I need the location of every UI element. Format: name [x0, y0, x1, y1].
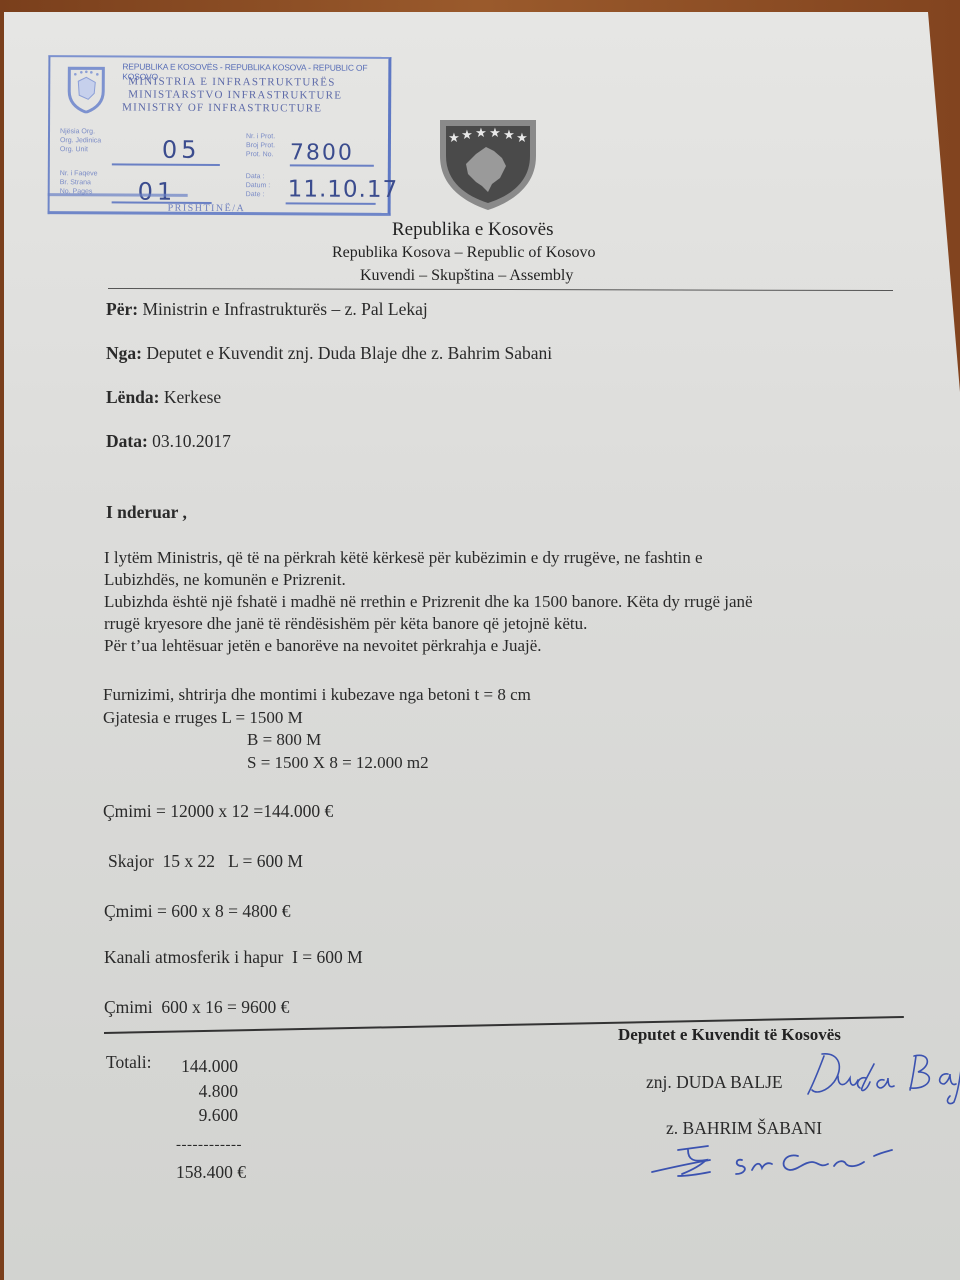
calc-line: B = 800 M	[103, 729, 531, 752]
pages-label-sq: Nr. i Faqeve	[60, 169, 98, 178]
svg-text:★: ★	[516, 131, 528, 146]
stamp-ministry-sr: MINISTARSTVO INFRASTRUKTURE	[128, 89, 342, 102]
totals-sum: 158.400 €	[176, 1164, 246, 1182]
svg-text:★: ★	[503, 128, 515, 143]
letterhead-title: Republika e Kosovës	[392, 220, 553, 239]
date-value: 03.10.2017	[152, 431, 231, 451]
skajor-line: Skajor 15 x 22 L = 600 M	[108, 853, 303, 871]
kosovo-coat-of-arms-icon: ★★★ ★★★	[436, 116, 540, 212]
paragraph-line: Lubizhda është një fshatë i madhë në rre…	[104, 591, 753, 613]
org-unit-label-en: Org. Unit	[60, 145, 101, 154]
total-item: 9.600	[170, 1103, 238, 1128]
date-label-sq: Data :	[246, 172, 271, 181]
org-unit-labels: Njësia Org. Org. Jedinica Org. Unit	[60, 127, 101, 154]
signer-1-name: znj. DUDA BALJE	[646, 1074, 783, 1092]
meta-subject: Lënda: Kerkese	[106, 389, 221, 407]
svg-text:★: ★	[448, 131, 460, 146]
meta-from: Nga: Deputet e Kuvendit znj. Duda Blaje …	[106, 345, 552, 363]
price-kanali: Çmimi 600 x 16 = 9600 €	[104, 999, 289, 1017]
paragraph-line: Lubizhdës, ne komunën e Prizrenit.	[104, 569, 753, 591]
org-unit-value: 05	[162, 136, 201, 164]
prot-labels: Nr. i Prot. Broj Prot. Prot. No.	[246, 132, 275, 159]
date-label-sr: Datum :	[246, 181, 271, 190]
svg-text:★: ★	[461, 128, 473, 143]
header-rule	[108, 288, 893, 291]
totals-separator: ------------	[176, 1138, 242, 1153]
signer-2-name: z. BAHRIM ŠABANI	[666, 1120, 822, 1138]
date-label: Data:	[106, 431, 148, 451]
subject-label: Lënda:	[106, 387, 159, 407]
stamp-shield-icon	[66, 65, 106, 113]
svg-text:★: ★	[489, 126, 501, 141]
letterhead-subtitle: Republika Kosova – Republic of Kosovo	[332, 245, 596, 261]
body-paragraph: I lytëm Ministris, që të na përkrah këtë…	[104, 547, 753, 657]
from-value: Deputet e Kuvendit znj. Duda Blaje dhe z…	[146, 343, 552, 363]
date-labels: Data : Datum : Date :	[246, 172, 271, 199]
signature-duda-balje	[804, 1042, 960, 1108]
letterhead-institution: Kuvendi – Skupština – Assembly	[360, 268, 573, 284]
org-unit-label-sr: Org. Jedinica	[60, 136, 101, 145]
prot-number-value: 7800	[290, 140, 354, 165]
date-label-en: Date :	[246, 190, 271, 199]
org-unit-underline	[112, 163, 220, 166]
subject-value: Kerkese	[164, 387, 221, 407]
meta-to: Për: Ministrin e Infrastrukturës – z. Pa…	[106, 301, 428, 319]
paragraph-line: Për t’ua lehtësuar jetën e banorëve na n…	[104, 635, 753, 657]
pages-label-sr: Br. Strana	[60, 178, 98, 187]
salutation: I nderuar ,	[106, 504, 187, 522]
paragraph-line: I lytëm Ministris, që të na përkrah këtë…	[104, 547, 753, 569]
totals-label: Totali:	[106, 1054, 151, 1072]
total-item: 4.800	[170, 1079, 238, 1104]
from-label: Nga:	[106, 343, 142, 363]
calc-line: S = 1500 X 8 = 12.000 m2	[103, 752, 531, 775]
document-page: REPUBLIKA E KOSOVËS - REPUBLIKA KOSOVA -…	[4, 12, 960, 1280]
prot-label-sr: Broj Prot.	[246, 141, 275, 150]
stamp-city: PRISHTINË/A	[168, 203, 246, 214]
calculation-block: Furnizimi, shtrirja dhe montimi i kubeza…	[103, 684, 531, 774]
stamp-smudge	[48, 193, 188, 197]
calc-line: Furnizimi, shtrirja dhe montimi i kubeza…	[103, 684, 531, 707]
price-skajor: Çmimi = 600 x 8 = 4800 €	[104, 903, 290, 921]
to-label: Për:	[106, 299, 138, 319]
prot-label-en: Prot. No.	[246, 150, 275, 159]
ministry-registry-stamp: REPUBLIKA E KOSOVËS - REPUBLIKA KOSOVA -…	[48, 55, 392, 216]
paragraph-line: rrugë kryesore dhe janë të rëndësishëm p…	[104, 613, 753, 635]
stamp-ministry-en: MINISTRY OF INFRASTRUCTURE	[122, 101, 322, 114]
stamp-ministry-sq: MINISTRIA E INFRASTRUKTURËS	[128, 76, 336, 89]
org-unit-label-sq: Njësia Org.	[60, 127, 101, 136]
signature-bahrim-sabani	[648, 1140, 898, 1180]
svg-text:★: ★	[475, 126, 487, 141]
to-value: Ministrin e Infrastrukturës – z. Pal Lek…	[142, 299, 427, 319]
kanali-line: Kanali atmosferik i hapur I = 600 M	[104, 949, 363, 967]
stamp-date-underline	[286, 202, 376, 204]
totals-items: 144.000 4.800 9.600	[170, 1054, 238, 1128]
prot-label-sq: Nr. i Prot.	[246, 132, 275, 141]
total-item: 144.000	[170, 1054, 238, 1079]
meta-date: Data: 03.10.2017	[106, 433, 231, 451]
calc-line: Gjatesia e rruges L = 1500 M	[103, 707, 531, 730]
price-roads: Çmimi = 12000 x 12 =144.000 €	[103, 803, 333, 821]
stamp-date-value: 11.10.17	[288, 176, 399, 203]
prot-underline	[290, 164, 374, 166]
